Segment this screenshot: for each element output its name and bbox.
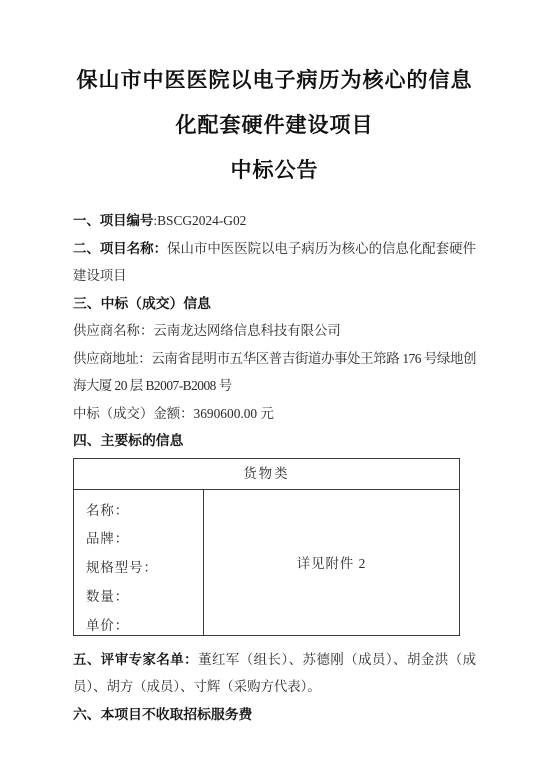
award-amount-line: 中标（成交）金额：3690600.00 元 [73,400,476,428]
title-line-2: 化配套硬件建设项目 [73,103,476,148]
award-amount-label: 中标（成交）金额： [73,406,194,421]
project-number-line: 一、项目编号:BSCG2024-G02 [73,207,476,235]
announcement-page: 保山市中医医院以电子病历为核心的信息 化配套硬件建设项目 中标公告 一、项目编号… [0,0,549,779]
project-name-label: 二、项目名称： [73,241,167,256]
project-name-line: 二、项目名称：保山市中医医院以电子病历为核心的信息化配套硬件建设项目 [73,235,476,290]
supplier-name-line: 供应商名称：云南龙达网络信息科技有限公司 [73,317,476,345]
expert-list-line: 五、评审专家名单：董红军（组长）、苏德刚（成员）、胡金洪（成员）、胡方（成员）、… [73,646,476,701]
supplier-name-label: 供应商名称： [73,323,153,338]
goods-category-header: 货物类 [74,459,459,490]
field-label-unit-price: 单价： [86,612,203,641]
project-number-value: :BSCG2024-G02 [153,213,246,228]
supplier-address-label: 供应商地址： [73,351,151,366]
field-label-name: 名称： [86,497,203,526]
project-number-label: 一、项目编号 [73,213,153,228]
field-label-spec: 规格型号： [86,554,203,583]
expert-list-label: 五、评审专家名单： [73,652,198,667]
goods-table: 货物类 名称： 品牌： 规格型号： 数量： 单价： 详见附件 2 [73,458,460,636]
main-bid-info-heading: 四、主要标的信息 [73,427,476,455]
field-label-brand: 品牌： [86,525,203,554]
field-label-quantity: 数量： [86,583,203,612]
no-service-fee-heading: 六、本项目不收取招标服务费 [73,701,476,729]
detail-reference-cell: 详见附件 2 [204,490,459,635]
goods-table-body: 名称： 品牌： 规格型号： 数量： 单价： 详见附件 2 [74,490,459,635]
goods-field-column: 名称： 品牌： 规格型号： 数量： 单价： [74,490,204,635]
award-info-heading: 三、中标（成交）信息 [73,290,476,318]
title-line-1: 保山市中医医院以电子病历为核心的信息 [73,58,476,103]
title-line-3: 中标公告 [73,148,476,193]
document-title: 保山市中医医院以电子病历为核心的信息 化配套硬件建设项目 中标公告 [73,58,476,193]
supplier-address-line: 供应商地址：云南省昆明市五华区普吉街道办事处王筇路 176 号绿地创海大厦 20… [73,345,476,400]
award-amount-value: 3690600.00 元 [194,406,274,421]
supplier-name-value: 云南龙达网络信息科技有限公司 [153,323,340,338]
